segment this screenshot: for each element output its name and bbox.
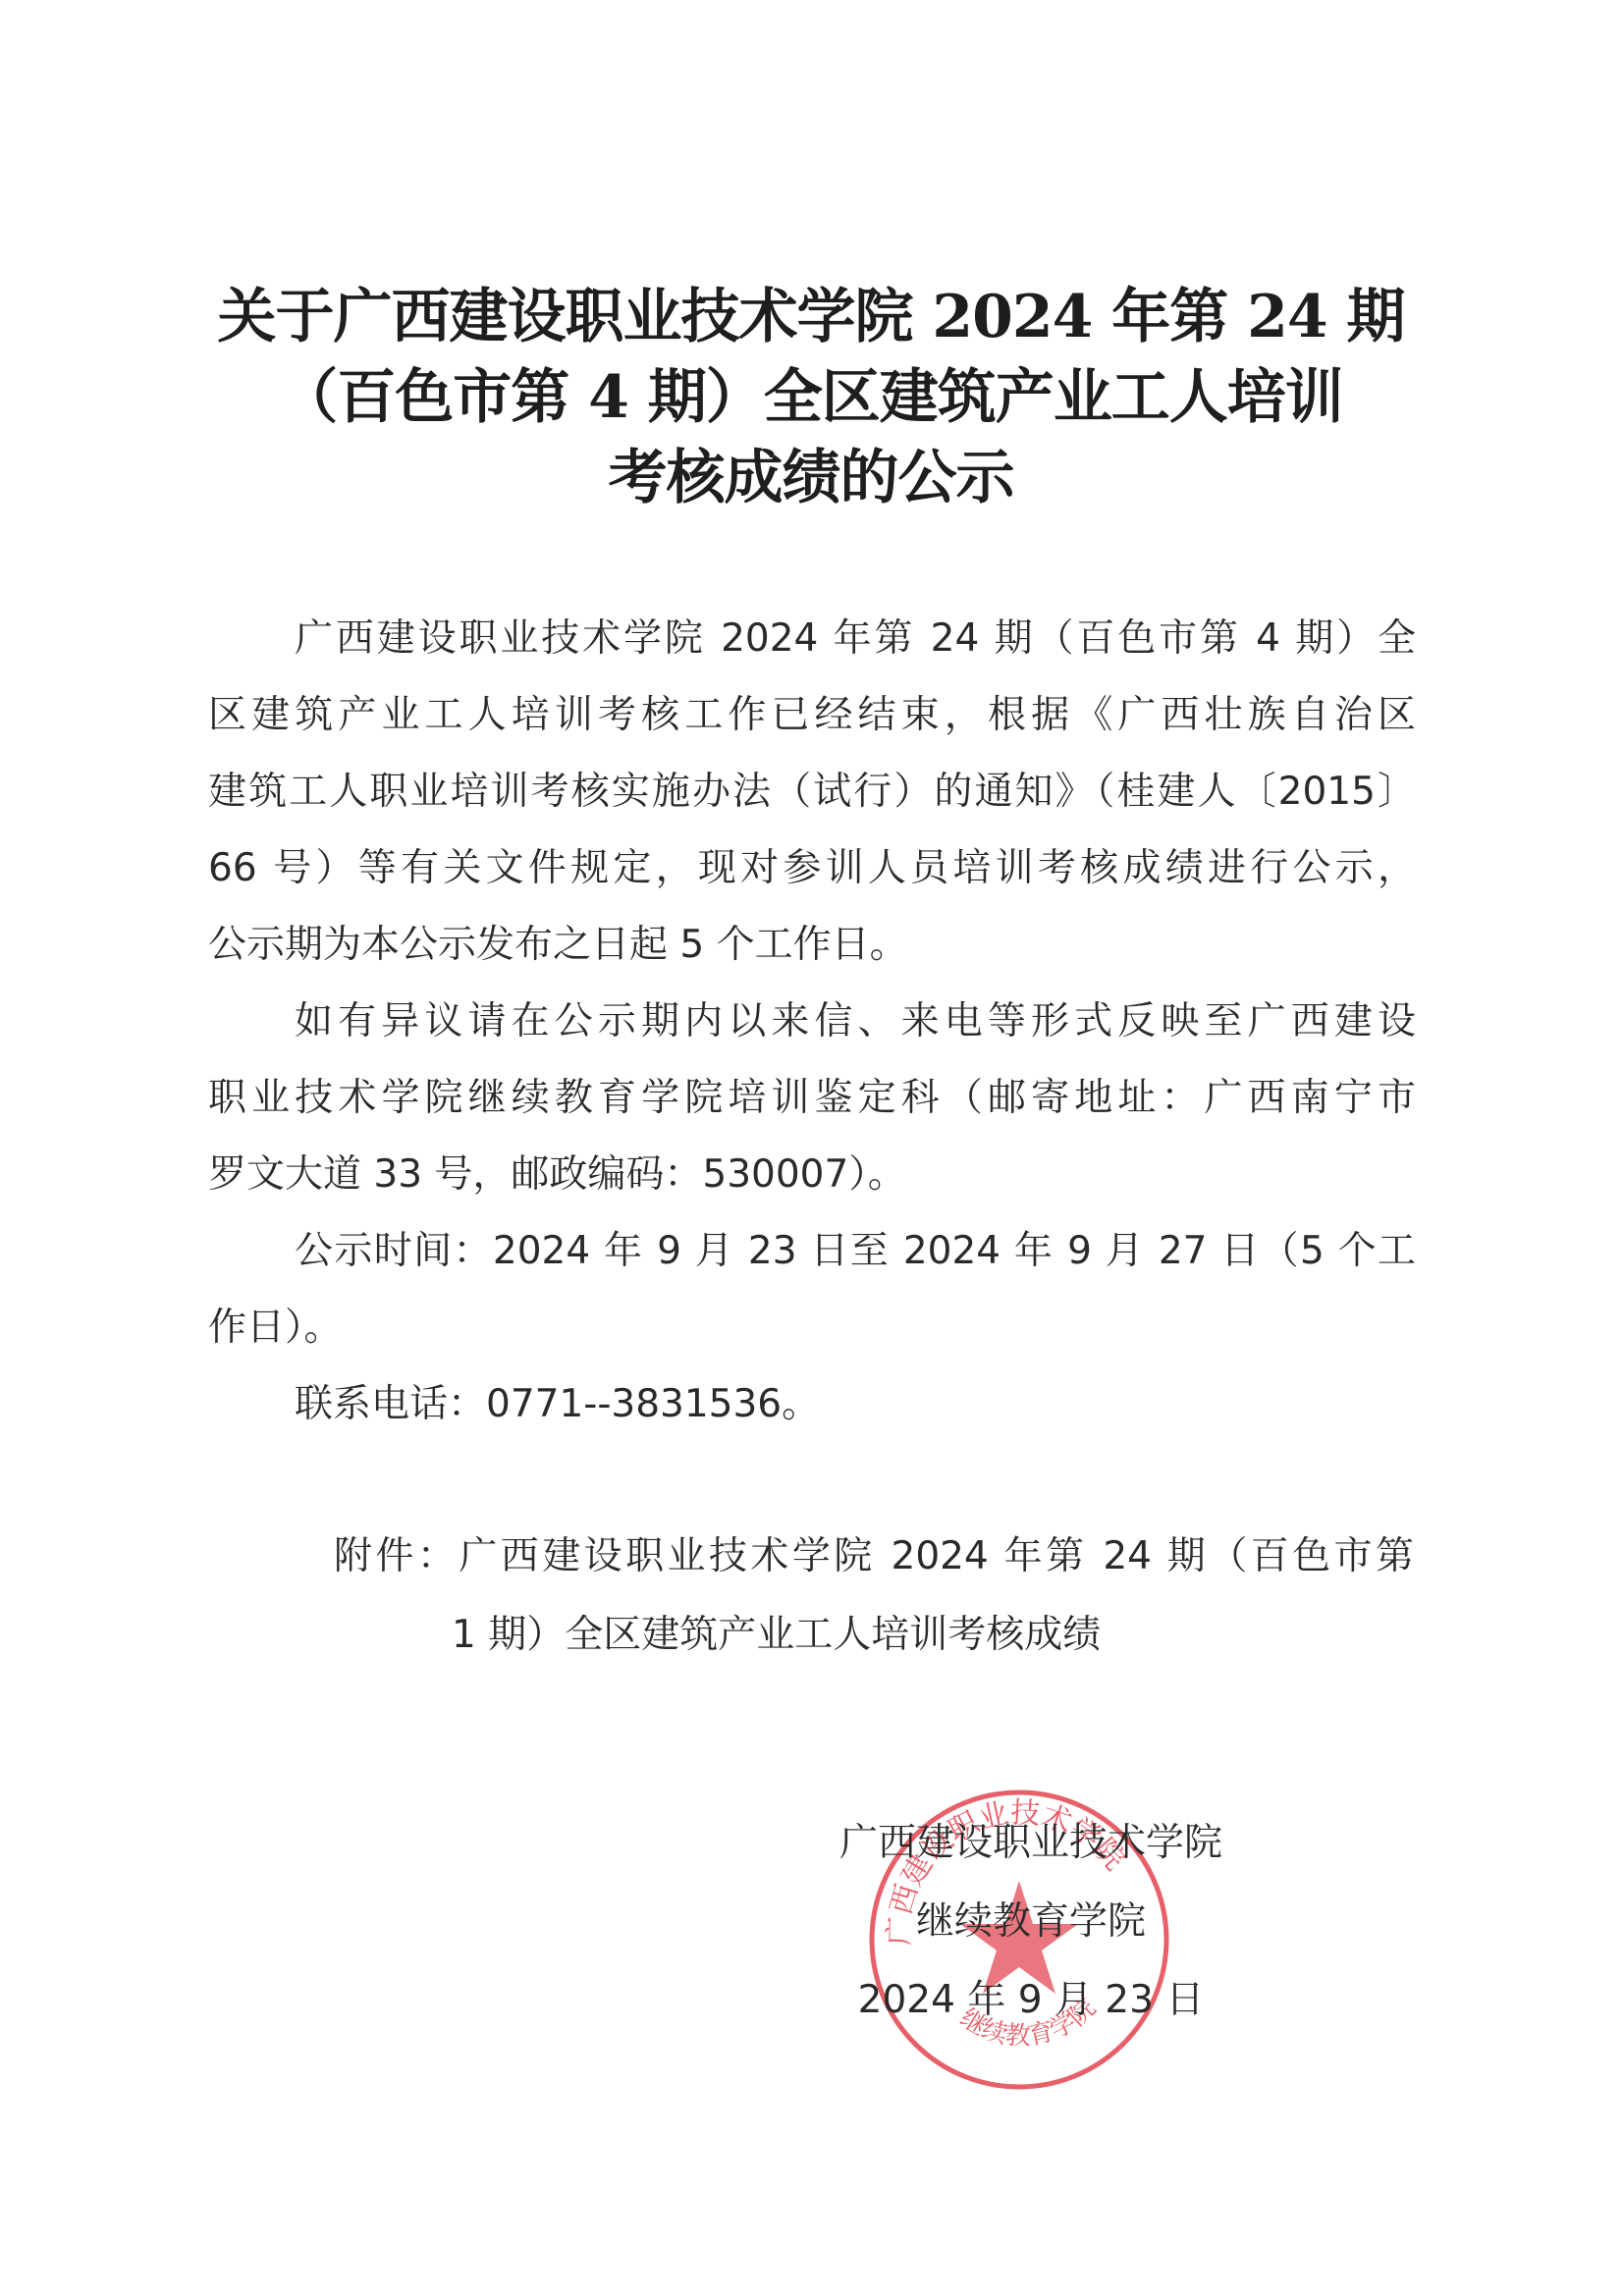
text-line: 广西建设职业技术学院 2024 年第 24 期（百色市第 4 期）全 [208, 601, 1416, 677]
paragraph-contact: 联系电话：0771--3831536。 [208, 1366, 1416, 1443]
paragraph-notice: 广西建设职业技术学院 2024 年第 24 期（百色市第 4 期）全 区建筑产业… [208, 601, 1416, 984]
text-line: 建筑工人职业培训考核实施办法（试行）的通知》（桂建人〔2015〕 [208, 754, 1416, 830]
text-line: 职业技术学院继续教育学院培训鉴定科（邮寄地址：广西南宁市 [208, 1060, 1416, 1137]
text-line: 如有异议请在公示期内以来信、来电等形式反映至广西建设 [208, 984, 1416, 1060]
document-body: 广西建设职业技术学院 2024 年第 24 期（百色市第 4 期）全 区建筑产业… [208, 601, 1416, 1443]
text-line: 罗文大道 33 号，邮政编码：530007）。 [208, 1137, 1416, 1213]
signature-date: 2024 年 9 月 23 日 [805, 1961, 1257, 2040]
text-line: 作日）。 [208, 1290, 1416, 1366]
signature-dept: 继续教育学院 [805, 1883, 1257, 1961]
signature-block: 广西建设职业技术学院 继续教育学院 2024 年 9 月 23 日 [805, 1804, 1257, 2040]
document-title: 关于广西建设职业技术学院 2024 年第 24 期 （百色市第 4 期）全区建筑… [196, 277, 1426, 518]
text-line: 公示时间：2024 年 9 月 23 日至 2024 年 9 月 27 日（5 … [208, 1213, 1416, 1290]
text-line: 公示期为本公示发布之日起 5 个工作日。 [208, 907, 1416, 984]
title-line-3: 考核成绩的公示 [196, 438, 1426, 518]
title-line-2: （百色市第 4 期）全区建筑产业工人培训 [196, 357, 1426, 438]
contact-phone: 联系电话：0771--3831536。 [208, 1366, 1416, 1443]
title-line-1: 关于广西建设职业技术学院 2024 年第 24 期 [196, 277, 1426, 357]
text-line: 66 号）等有关文件规定，现对参训人员培训考核成绩进行公示， [208, 830, 1416, 907]
paragraph-period: 公示时间：2024 年 9 月 23 日至 2024 年 9 月 27 日（5 … [208, 1213, 1416, 1366]
signature-org: 广西建设职业技术学院 [805, 1804, 1257, 1883]
paragraph-objection: 如有异议请在公示期内以来信、来电等形式反映至广西建设 职业技术学院继续教育学院培… [208, 984, 1416, 1213]
text-line: 区建筑产业工人培训考核工作已经结束，根据《广西壮族自治区 [208, 677, 1416, 754]
attachment-line-1: 附件：广西建设职业技术学院 2024 年第 24 期（百色市第 [334, 1518, 1414, 1596]
attachment-line-2: 1 期）全区建筑产业工人培训考核成绩 [334, 1596, 1414, 1675]
attachment-note: 附件：广西建设职业技术学院 2024 年第 24 期（百色市第 1 期）全区建筑… [334, 1518, 1414, 1675]
